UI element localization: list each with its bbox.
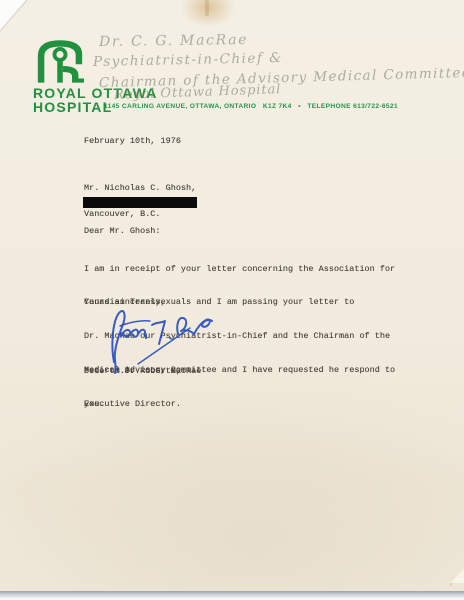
hospital-address-line: 1145 CARLING AVENUE, OTTAWA, ONTARIO K1Z… xyxy=(104,103,398,110)
hospital-name-line2: HOSPITAL xyxy=(33,99,112,115)
scanned-letter-page: ROYAL OTTAWA HOSPITAL 1145 CARLING AVENU… xyxy=(0,0,464,600)
torn-corner xyxy=(0,0,26,30)
letter-paper: ROYAL OTTAWA HOSPITAL 1145 CARLING AVENU… xyxy=(0,0,464,592)
paper-bottom-edge xyxy=(0,591,464,600)
salutation: Dear Mr. Ghosh: xyxy=(84,226,161,237)
recipient-name: Mr. Nicholas C. Ghosh, xyxy=(84,183,196,194)
royal-ottawa-hospital-logo-icon xyxy=(36,38,84,83)
date-line: February 10th, 1976 xyxy=(84,136,181,147)
signature-ink-icon xyxy=(98,304,216,376)
signer-title: Executive Director. xyxy=(84,399,181,410)
pencil-annotation-line-2: Psychiatrist-in-Chief & xyxy=(93,50,283,70)
dog-ear-fold xyxy=(450,569,464,583)
recipient-city: Vancouver, B.C. xyxy=(84,209,161,220)
pencil-annotation-line-1: Dr. C. G. MacRae xyxy=(99,32,248,50)
body-line: I am in receipt of your letter concernin… xyxy=(84,264,395,275)
redaction-bar xyxy=(83,197,197,208)
paper-stain-drip xyxy=(205,0,209,16)
